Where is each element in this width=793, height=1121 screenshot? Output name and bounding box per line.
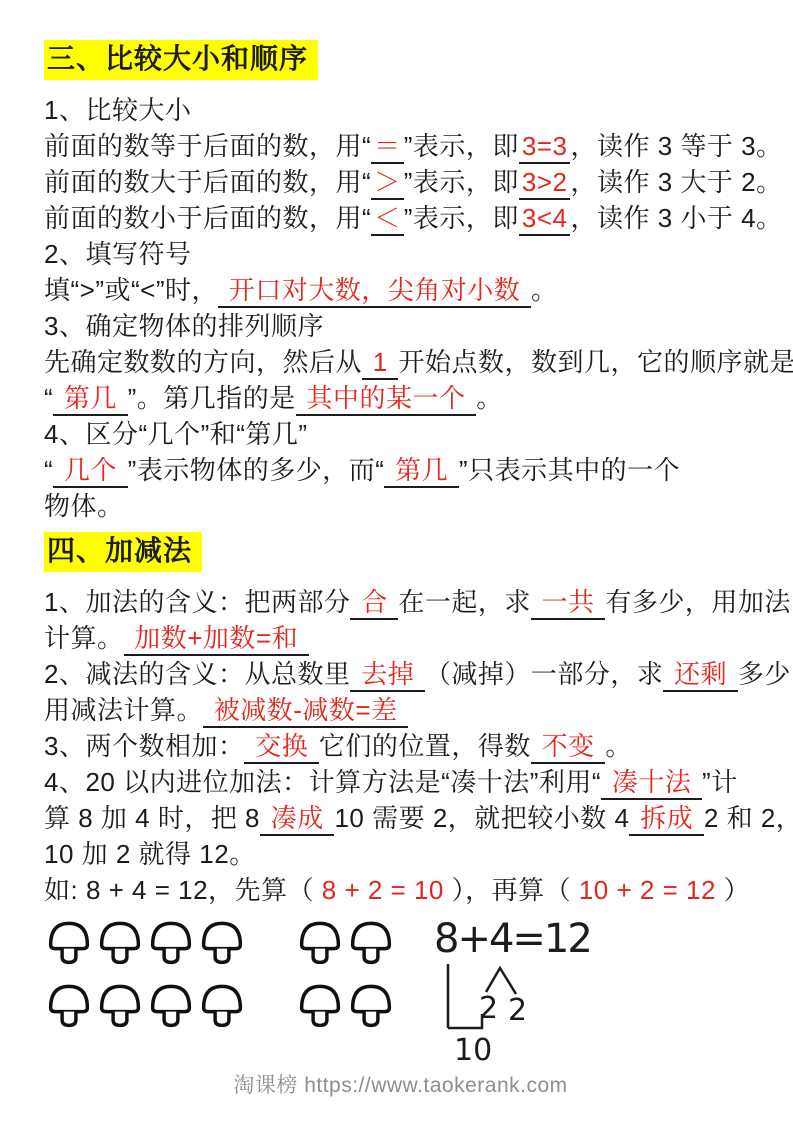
mushroom-icon [297,918,343,967]
text-line: 填“>”或“<”时， 开口对大数，尖角对小数 。 [44,272,757,308]
text-segment: ”表示，即 [404,167,519,197]
text-line: 4、20 以内进位加法：计算方法是“凑十法”利用“ 凑十法 ”计 [44,764,757,800]
answer-text-segment: 凑十法 [601,767,702,800]
text-segment: ”只表示其中的一个 [459,455,680,485]
text-segment: 填“>”或“<”时， [44,275,218,305]
mushroom-icon [148,981,194,1030]
text-segment: ”表示，即 [404,203,519,233]
text-segment: 。 [476,383,503,413]
answer-text-segment: 3>2 [519,167,571,200]
mushroom-icon [46,918,92,967]
text-line: 先确定数数的方向，然后从 1 开始点数，数到几，它的顺序就是 [44,344,757,380]
section-heading-addsub-label: 四、加减法 [44,532,202,572]
text-segment: 多少 [738,659,791,689]
answer-text-segment: 几个 [53,455,127,488]
number-bond-diagram: 2 2 10 [434,962,624,1074]
mushroom-icon [199,918,245,967]
text-line: 算 8 加 4 时，把 8 凑成 10 需要 2，就把较小数 4 拆成 2 和 … [44,800,757,836]
text-segment: 计算。 [44,623,124,653]
text-segment: 前面的数大于后面的数，用“ [44,167,371,197]
text-segment: ，读作 3 大于 2。 [570,167,782,197]
text-segment: 4、区分“几个”和“第几” [44,419,308,449]
text-segment: 10 加 2 就得 12。 [44,839,256,869]
text-line: 计算。 加数+加数=和 [44,620,757,656]
text-segment: ） [716,875,750,905]
answer-text-segment: 合 [350,587,398,620]
answer-text-segment: ＝ [371,131,404,164]
text-line: 4、区分“几个”和“第几” [44,416,757,452]
text-line: “ 几个 ”表示物体的多少，而“ 第几 ”只表示其中的一个 [44,452,757,488]
text-segment: 1、比较大小 [44,95,191,125]
answer-text-segment: 去掉 [350,659,424,692]
section-heading-compare-label: 三、比较大小和顺序 [44,40,318,80]
text-segment: 算 8 加 4 时，把 8 [44,803,260,833]
answer-text-segment: 交换 [244,731,318,764]
answer-text-segment: 8 + 2 = 10 [322,875,444,905]
mushroom-icon [199,981,245,1030]
text-segment: ”计 [702,767,738,797]
answer-text-segment: 被减数-减数=差 [203,695,408,728]
text-line: 3、两个数相加： 交换 它们的位置，得数 不变 。 [44,728,757,764]
mushroom-icon [348,918,394,967]
text-segment: 1、加法的含义：把两部分 [44,587,350,617]
mushroom-group-of-eight-part [46,918,245,967]
answer-text-segment: 其中的某一个 [296,383,476,416]
answer-text-segment: 还剩 [663,659,737,692]
text-segment: 如: 8 + 4 = 12，先算（ [44,875,322,905]
text-segment: “ [44,455,53,485]
text-segment: 2、减法的含义：从总数里 [44,659,350,689]
text-segment: 前面的数等于后面的数，用“ [44,131,371,161]
text-line: “ 第几 ”。第几指的是 其中的某一个 。 [44,380,757,416]
mushroom-icon [348,981,394,1030]
answer-text-segment: 3<4 [519,203,571,236]
answer-text-segment: 拆成 [629,803,703,836]
text-segment: ”表示物体的多少，而“ [128,455,385,485]
document-page: 三、比较大小和顺序 1、比较大小前面的数等于后面的数，用“＝”表示，即3=3，读… [0,0,793,1121]
answer-text-segment: 加数+加数=和 [124,623,309,656]
text-segment: 物体。 [44,491,124,521]
text-line: 用减法计算。 被减数-减数=差 [44,692,757,728]
text-line: 如: 8 + 4 = 12，先算（ 8 + 2 = 10 ），再算（ 10 + … [44,872,757,908]
text-line: 1、比较大小 [44,92,757,128]
text-line: 3、确定物体的排列顺序 [44,308,757,344]
text-line: 前面的数大于后面的数，用“＞”表示，即3>2，读作 3 大于 2。 [44,164,757,200]
mushroom-icon [46,981,92,1030]
answer-text-segment: 凑成 [260,803,334,836]
text-line: 1、加法的含义：把两部分 合 在一起，求 一共 有多少，用加法 [44,584,757,620]
mushroom-group-of-eight-part [46,981,245,1030]
decomposition-diagram: 8+4=12 2 2 10 [434,918,634,1074]
text-segment: 用减法计算。 [44,695,203,725]
text-segment: 前面的数小于后面的数，用“ [44,203,371,233]
mushroom-icon [97,918,143,967]
text-segment: 4、20 以内进位加法：计算方法是“凑十法”利用“ [44,767,601,797]
text-line: 2、填写符号 [44,236,757,272]
answer-text-segment: 一共 [531,587,605,620]
section-add-subtract: 四、加减法 1、加法的含义：把两部分 合 在一起，求 一共 有多少，用加法计算。… [44,532,757,908]
text-segment: 10 需要 2，就把较小数 4 [334,803,629,833]
text-segment: 在一起，求 [398,587,531,617]
answer-text-segment: 1 [362,347,398,380]
section-compare-order: 三、比较大小和顺序 1、比较大小前面的数等于后面的数，用“＝”表示，即3=3，读… [44,40,757,524]
section-addsub-body: 1、加法的含义：把两部分 合 在一起，求 一共 有多少，用加法计算。 加数+加数… [44,584,757,908]
text-segment: ”。第几指的是 [128,383,296,413]
mushroom-icon [148,918,194,967]
text-segment: “ [44,383,53,413]
text-segment: 开始点数，数到几，它的顺序就是 [398,347,793,377]
text-line: 前面的数等于后面的数，用“＝”表示，即3=3，读作 3 等于 3。 [44,128,757,164]
equation-text: 8+4=12 [434,918,634,960]
text-segment: 有多少，用加法 [605,587,791,617]
text-line: 2、减法的含义：从总数里 去掉 （减掉）一部分，求 还剩 多少 [44,656,757,692]
text-segment: 3、两个数相加： [44,731,244,761]
text-segment: 3、确定物体的排列顺序 [44,311,324,341]
answer-text-segment: 第几 [384,455,458,488]
answer-text-segment: 开口对大数，尖角对小数 [218,275,531,308]
text-segment: 2 和 2， [704,803,793,833]
mushroom-illustration: 8+4=12 2 2 10 [44,918,757,1070]
text-line: 10 加 2 就得 12。 [44,836,757,872]
text-segment: 。 [531,275,558,305]
section-heading-addsub: 四、加减法 [44,532,757,572]
mushroom-group-of-four-part [297,981,394,1030]
sum-label: 10 [454,1033,492,1068]
text-line: 物体。 [44,488,757,524]
text-segment: （减掉）一部分，求 [425,659,664,689]
answer-text-segment: 10 + 2 = 12 [579,875,716,905]
mushroom-icon [97,981,143,1030]
section-compare-body: 1、比较大小前面的数等于后面的数，用“＝”表示，即3=3，读作 3 等于 3。前… [44,92,757,524]
mushroom-group-of-four-part [297,918,394,967]
section-heading-compare: 三、比较大小和顺序 [44,40,757,80]
mushroom-row [46,981,757,1030]
answer-text-segment: 不变 [531,731,605,764]
mushroom-row [46,918,757,967]
text-segment: ），再算（ [444,875,579,905]
part-right-label: 2 [508,993,527,1028]
answer-text-segment: ＞ [371,167,404,200]
answer-text-segment: 第几 [53,383,127,416]
answer-text-segment: ＜ [371,203,404,236]
text-segment: ”表示，即 [404,131,519,161]
bond-bracket-to-10 [448,1014,482,1028]
text-segment: 它们的位置，得数 [319,731,531,761]
text-segment: ，读作 3 等于 3。 [570,131,782,161]
footer-watermark: 淘课榜 https://www.taokerank.com [44,1074,757,1098]
text-line: 前面的数小于后面的数，用“＜”表示，即3<4，读作 3 小于 4。 [44,200,757,236]
text-segment: ，读作 3 小于 4。 [570,203,782,233]
mushroom-icon [297,981,343,1030]
answer-text-segment: 3=3 [519,131,571,164]
text-segment: 。 [605,731,632,761]
mushroom-groups [44,918,757,1030]
text-segment: 2、填写符号 [44,239,191,269]
text-segment: 先确定数数的方向，然后从 [44,347,362,377]
